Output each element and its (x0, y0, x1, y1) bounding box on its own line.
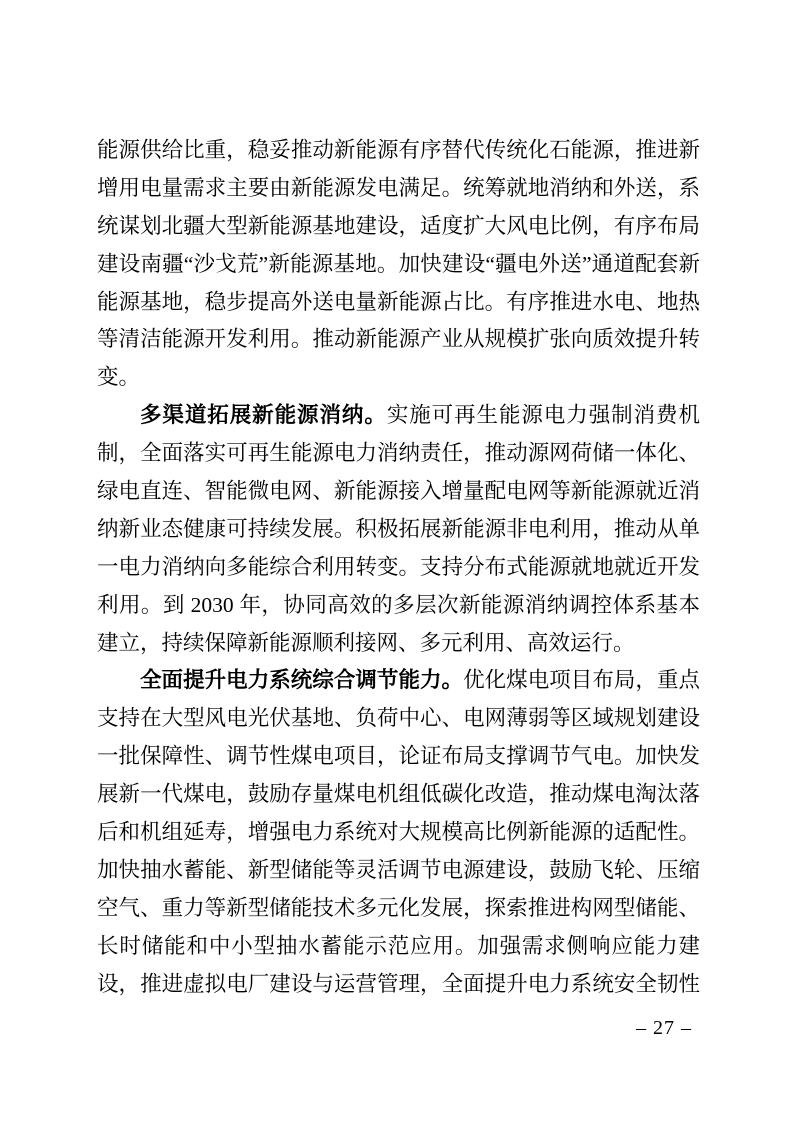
text-line: 利用。到 2030 年，协同高效的多层次新能源消纳调控体系基本 (97, 587, 700, 625)
text-line: 设，推进虚拟电厂建设与运营管理，全面提升电力系统安全韧性 (97, 966, 700, 1004)
paragraph-continuation: 能源供给比重，稳妥推动新能源有序替代传统化石能源，推进新 增用电量需求主要由新能… (97, 132, 700, 397)
text-line: 加快抽水蓄能、新型储能等灵活调节电源建设，鼓励飞轮、压缩 (97, 852, 700, 890)
text-line: 空气、重力等新型储能技术多元化发展，探索推进构网型储能、 (97, 890, 700, 928)
paragraph-lead: 多渠道拓展新能源消纳。 (140, 403, 387, 427)
text-line: 建设南疆“沙戈荒”新能源基地。加快建设“疆电外送”通道配套新 (97, 246, 700, 284)
paragraph-new-energy-consumption: 多渠道拓展新能源消纳。实施可再生能源电力强制消费机 制，全面落实可再生能源电力消… (97, 397, 700, 662)
text-line: 一批保障性、调节性煤电项目，论证布局支撑调节气电。加快发 (97, 738, 700, 776)
text-line: 等清洁能源开发利用。推动新能源产业从规模扩张向质效提升转 (97, 321, 700, 359)
line-text: 优化煤电项目布局，重点 (463, 668, 700, 692)
text-line: 绿电直连、智能微电网、新能源接入增量配电网等新能源就近消 (97, 473, 700, 511)
text-line: 增用电量需求主要由新能源发电满足。统筹就地消纳和外送，系 (97, 170, 700, 208)
text-line: 纳新业态健康可持续发展。积极拓展新能源非电利用，推动从单 (97, 511, 700, 549)
text-line: 多渠道拓展新能源消纳。实施可再生能源电力强制消费机 (97, 397, 700, 435)
line-text: 实施可再生能源电力强制消费机 (387, 403, 700, 427)
paragraph-lead: 全面提升电力系统综合调节能力。 (140, 668, 463, 692)
document-page: 能源供给比重，稳妥推动新能源有序替代传统化石能源，推进新 增用电量需求主要由新能… (0, 0, 793, 1122)
text-line: 展新一代煤电，鼓励存量煤电机组低碳化改造，推动煤电淘汰落 (97, 776, 700, 814)
text-line: 制，全面落实可再生能源电力消纳责任，推动源网荷储一体化、 (97, 435, 700, 473)
text-line: 支持在大型风电光伏基地、负荷中心、电网薄弱等区域规划建设 (97, 700, 700, 738)
text-line: 能源基地，稳步提高外送电量新能源占比。有序推进水电、地热 (97, 284, 700, 322)
text-line: 全面提升电力系统综合调节能力。优化煤电项目布局，重点 (97, 662, 700, 700)
text-line: 一电力消纳向多能综合利用转变。支持分布式能源就地就近开发 (97, 549, 700, 587)
paragraph-power-system-regulation: 全面提升电力系统综合调节能力。优化煤电项目布局，重点 支持在大型风电光伏基地、负… (97, 662, 700, 1003)
text-line: 后和机组延寿，增强电力系统对大规模高比例新能源的适配性。 (97, 814, 700, 852)
page-number: – 27 – (636, 1014, 692, 1042)
text-line: 长时储能和中小型抽水蓄能示范应用。加强需求侧响应能力建 (97, 928, 700, 966)
text-line: 建立，持续保障新能源顺利接网、多元利用、高效运行。 (97, 625, 700, 663)
text-line: 统谋划北疆大型新能源基地建设，适度扩大风电比例，有序布局 (97, 208, 700, 246)
document-body: 能源供给比重，稳妥推动新能源有序替代传统化石能源，推进新 增用电量需求主要由新能… (97, 132, 700, 1003)
text-line: 变。 (97, 359, 700, 397)
text-line: 能源供给比重，稳妥推动新能源有序替代传统化石能源，推进新 (97, 132, 700, 170)
